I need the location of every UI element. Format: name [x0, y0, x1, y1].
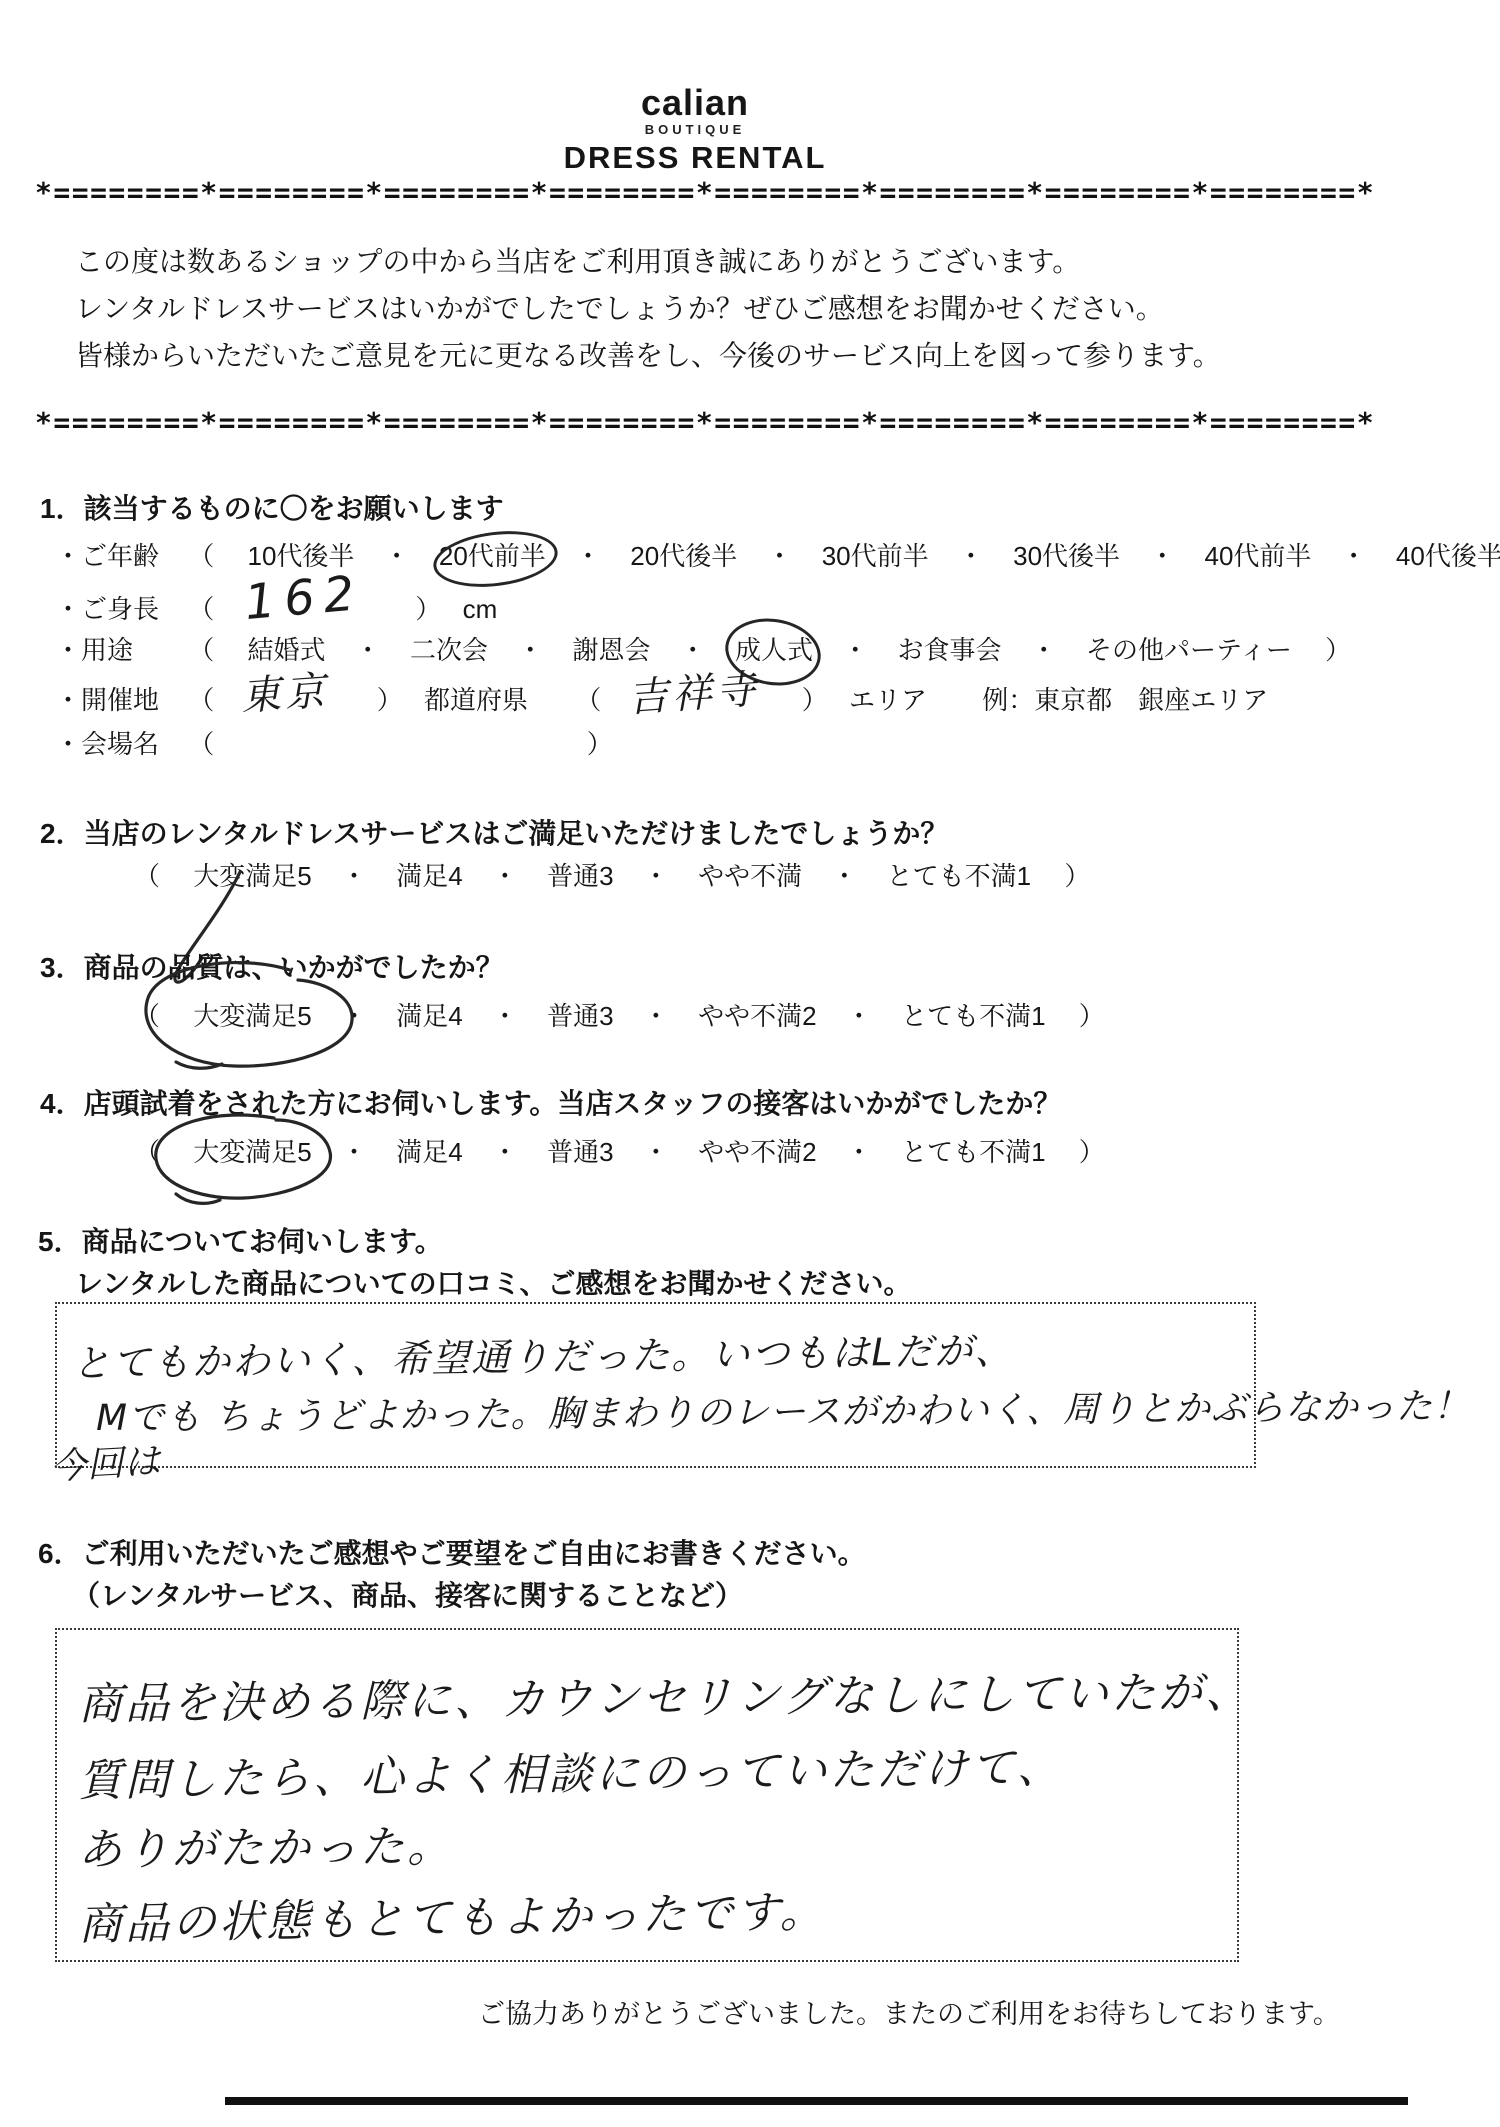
q1-venue-label: ・会場名	[55, 726, 167, 762]
option-separator: ・	[1341, 541, 1367, 571]
q1-purpose-option-2[interactable]: 謝恩会	[572, 635, 650, 665]
option-separator: ・	[846, 1001, 872, 1031]
option-separator: ・	[517, 635, 543, 665]
q1-height-row: ・ご身長 （ 162 ） cm	[55, 584, 497, 627]
q1-location-label: ・開催地	[55, 682, 167, 718]
q3-option-0-selected[interactable]: 大変満足5	[193, 1001, 311, 1031]
q1-location-row: ・開催地 （ 東京 ） 都道府県 （ 吉祥寺 ） エリア 例：東京都 銀座エリア	[55, 678, 1268, 718]
q5-answer-line-3: 今回は	[49, 1433, 163, 1490]
q2-option-2[interactable]: 普通3	[547, 861, 613, 891]
option-separator: ・	[384, 541, 410, 571]
q2-option-4[interactable]: とても不満1	[887, 861, 1031, 891]
divider-top: *========*========*========*========*===…	[35, 176, 1375, 209]
q1-purpose-option-5[interactable]: その他パーティー	[1086, 635, 1292, 665]
q1-age-option-4[interactable]: 30代後半	[1013, 541, 1120, 571]
header: calian BOUTIQUE DRESS RENTAL	[0, 84, 1390, 178]
q1-age-option-2[interactable]: 20代後半	[630, 541, 737, 571]
q1-age-row: ・ご年齢 （ 10代後半 ・ 20代前半 ・ 20代後半 ・ 30代前半 ・ 3…	[55, 538, 1500, 574]
q4-option-3[interactable]: やや不満2	[698, 1137, 816, 1167]
shop-logo: calian	[0, 84, 1390, 122]
paren-close: ）	[1079, 1001, 1105, 1031]
q5-heading: 5．商品についてお伺いします。	[38, 1220, 443, 1260]
q1-age-option-1-selected[interactable]: 20代前半	[439, 541, 546, 571]
q2-heading: 2．当店のレンタルドレスサービスはご満足いただけましたでしょうか？	[40, 812, 948, 852]
q1-location-area-label: エリア	[849, 685, 927, 715]
q6-answer-line-1: 商品を決める際に、カウンセリングなしにしていたが、	[78, 1656, 1253, 1732]
paren-open: （	[575, 685, 601, 715]
q1-location-example: 例：東京都 銀座エリア	[982, 685, 1268, 715]
option-separator: ・	[492, 1001, 518, 1031]
q2-options-row: （ 大変満足5 ・ 満足4 ・ 普通3 ・ やや不満 ・ とても不満1 ）	[120, 858, 1104, 894]
paren-open: （	[188, 635, 214, 665]
q5-subheading: レンタルした商品についての口コミ、ご感想をお聞かせください。	[75, 1262, 912, 1302]
q1-purpose-option-3-selected[interactable]: 成人式	[735, 635, 813, 665]
paren-close: ）	[802, 685, 828, 715]
q1-height-label: ・ご身長	[55, 591, 167, 627]
q4-option-2[interactable]: 普通3	[547, 1137, 613, 1167]
option-separator: ・	[355, 635, 381, 665]
q3-option-3[interactable]: やや不満2	[698, 1001, 816, 1031]
option-separator: ・	[831, 861, 857, 891]
q1-age-option-3[interactable]: 30代前半	[822, 541, 929, 571]
q1-purpose-label: ・用途	[55, 632, 167, 668]
intro-line-3: 皆様からいただいたご意見を元に更なる改善をし、今後のサービス向上を図って参ります…	[75, 332, 1221, 379]
q3-option-2[interactable]: 普通3	[547, 1001, 613, 1031]
q4-option-1[interactable]: 満足4	[396, 1137, 462, 1167]
scan-artifact-bar	[225, 2097, 1408, 2105]
option-separator: ・	[575, 541, 601, 571]
shop-logo-subtitle: BOUTIQUE	[0, 122, 1390, 138]
q1-purpose-option-1[interactable]: 二次会	[410, 635, 488, 665]
q3-options-row: （ 大変満足5 ・ 満足4 ・ 普通3 ・ やや不満2 ・ とても不満1 ）	[120, 998, 1119, 1034]
q4-option-0-selected[interactable]: 大変満足5	[193, 1137, 311, 1167]
option-separator: ・	[766, 541, 792, 571]
q6-subheading: （レンタルサービス、商品、接客に関することなど）	[72, 1574, 743, 1614]
q1-purpose-option-4[interactable]: お食事会	[897, 635, 1001, 665]
scanned-survey-page: calian BOUTIQUE DRESS RENTAL *========*=…	[0, 0, 1500, 2127]
q1-height-handwritten-value[interactable]: 162	[244, 575, 365, 621]
q5-answer-line-2: Mでも ちょうどよかった。胸まわりのレースがかわいく、周りとかぶらなかった！	[96, 1378, 1470, 1441]
q2-option-1[interactable]: 満足4	[396, 861, 462, 891]
q1-age-option-6[interactable]: 40代後半	[1396, 541, 1500, 571]
q1-age-label: ・ご年齢	[55, 538, 167, 574]
option-separator: ・	[680, 635, 706, 665]
option-separator: ・	[846, 1137, 872, 1167]
q4-heading: 4．店頭試着をされた方にお伺いします。当店スタッフの接客はいかがでしたか？	[40, 1082, 1061, 1122]
paren-close: ）	[587, 729, 613, 759]
option-separator: ・	[341, 1001, 367, 1031]
option-separator: ・	[1149, 541, 1175, 571]
option-separator: ・	[643, 861, 669, 891]
q3-option-4[interactable]: とても不満1	[901, 1001, 1045, 1031]
paren-open: （	[134, 1137, 160, 1167]
paren-close: ）	[1064, 861, 1090, 891]
divider-bottom: *========*========*========*========*===…	[35, 406, 1375, 439]
paren-close: ）	[1079, 1137, 1105, 1167]
paren-close: ）	[1325, 635, 1351, 665]
paren-open: （	[188, 594, 214, 624]
form-title: DRESS RENTAL	[0, 138, 1390, 178]
paren-close: ）	[377, 685, 403, 715]
q1-purpose-row: ・用途 （ 結婚式 ・ 二次会 ・ 謝恩会 ・ 成人式 ・ お食事会 ・ その他…	[55, 632, 1365, 668]
q1-venue-row: ・会場名 （ ）	[55, 726, 627, 762]
option-separator: ・	[958, 541, 984, 571]
q2-option-3[interactable]: やや不満	[698, 861, 802, 891]
q1-heading: 1．該当するものに〇をお願いします	[40, 487, 504, 527]
intro-paragraph: この度は数あるショップの中から当店をご利用頂き誠にありがとうございます。 レンタ…	[75, 238, 1221, 379]
q2-option-0-selected[interactable]: 大変満足5	[193, 861, 311, 891]
q3-heading: 3．商品の品質は、いかがでしたか？	[40, 946, 504, 986]
paren-open: （	[134, 1001, 160, 1031]
q4-options-row: （ 大変満足5 ・ 満足4 ・ 普通3 ・ やや不満2 ・ とても不満1 ）	[120, 1134, 1119, 1170]
option-separator: ・	[341, 861, 367, 891]
q4-option-4[interactable]: とても不満1	[901, 1137, 1045, 1167]
q3-option-1[interactable]: 満足4	[396, 1001, 462, 1031]
option-separator: ・	[643, 1137, 669, 1167]
footer-message: ご協力ありがとうございました。またのご利用をお待ちしております。	[478, 1992, 1340, 2031]
paren-close: ）	[415, 594, 441, 624]
option-separator: ・	[492, 1137, 518, 1167]
paren-open: （	[134, 861, 160, 891]
q6-heading: 6．ご利用いただいたご感想やご要望をご自由にお書きください。	[38, 1532, 866, 1572]
q6-answer-line-3: ありがたかった。	[78, 1810, 455, 1877]
intro-line-1: この度は数あるショップの中から当店をご利用頂き誠にありがとうございます。	[75, 238, 1221, 285]
q6-answer-line-4: 商品の状態もとてもよかったです。	[77, 1875, 826, 1952]
q1-location-area-handwritten[interactable]: 吉祥寺	[627, 671, 761, 716]
paren-open: （	[188, 541, 214, 571]
paren-open: （	[188, 685, 214, 715]
option-separator: ・	[842, 635, 868, 665]
q1-age-option-5[interactable]: 40代前半	[1205, 541, 1312, 571]
q1-purpose-option-0[interactable]: 結婚式	[247, 635, 325, 665]
intro-line-2: レンタルドレスサービスはいかがでしたでしょうか？ぜひご感想をお聞かせください。	[75, 285, 1221, 332]
q1-location-pref-label: 都道府県	[424, 685, 528, 715]
paren-open: （	[188, 729, 214, 759]
option-separator: ・	[1031, 635, 1057, 665]
q1-location-prefecture-handwritten[interactable]: 東京	[240, 673, 330, 715]
option-separator: ・	[492, 861, 518, 891]
option-separator: ・	[341, 1137, 367, 1167]
option-separator: ・	[643, 1001, 669, 1031]
q1-height-unit: cm	[463, 594, 498, 624]
